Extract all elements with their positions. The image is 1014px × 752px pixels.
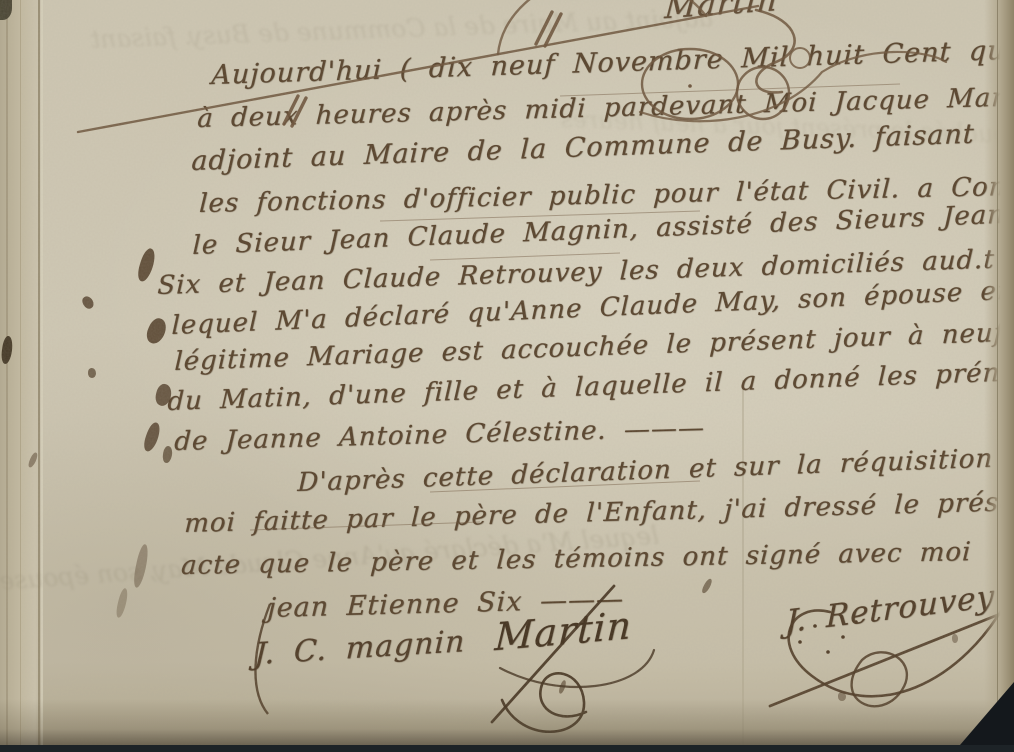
ink-blot [135, 247, 158, 283]
page-bottom-shadow [0, 699, 1014, 745]
signature-magnin: J. C. magnin [253, 624, 466, 672]
page-edge-line [997, 0, 998, 752]
manuscript-page: adjoint au Maire de la Commune de Busy. … [0, 0, 1014, 752]
ink-blot [88, 368, 96, 378]
paper-crease [38, 0, 40, 752]
ink-blot [141, 421, 163, 453]
signature-retrouvey: J. Retrouvey [785, 578, 995, 640]
page-right-edge [984, 0, 1014, 752]
paper-crease [20, 0, 21, 752]
scan-background-bar [0, 745, 1014, 752]
ink-blot [162, 445, 174, 463]
ink-blot [80, 294, 95, 310]
paper-crease [6, 0, 8, 752]
ink-speck [558, 680, 567, 695]
act-line: de Jeanne Antoine Célestine. ——— [174, 413, 706, 457]
act-line: acte que le père et les témoins ont sign… [180, 537, 972, 581]
ink-blot [143, 316, 169, 347]
paper-crease [41, 0, 43, 752]
ink-smudge [114, 587, 129, 618]
corner-signature-martin: Martin [663, 0, 779, 26]
ink-speck [700, 578, 713, 595]
ink-speck [952, 634, 958, 643]
